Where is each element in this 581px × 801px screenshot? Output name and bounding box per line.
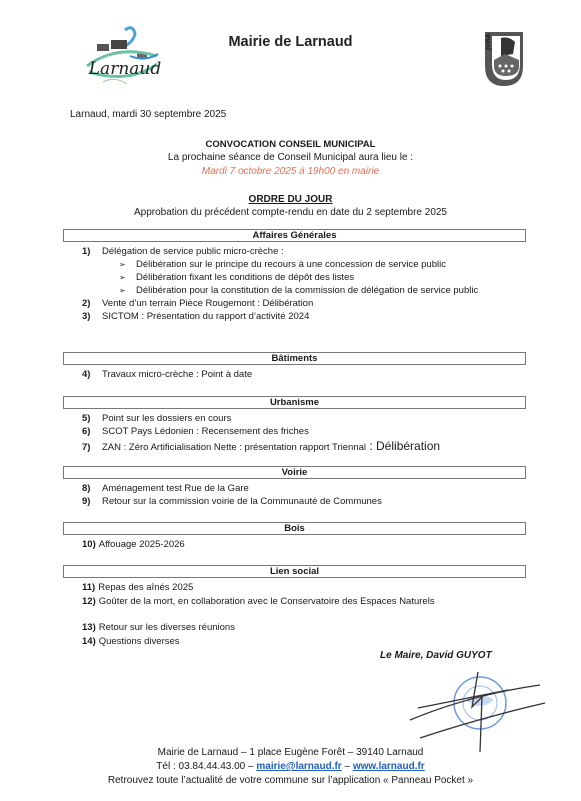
arrow-bullet-icon: ➢ — [119, 286, 136, 295]
item-number: 5) — [82, 413, 102, 424]
item-number: 10) — [82, 539, 96, 550]
section-heading-lien-social: Lien social — [63, 565, 526, 578]
approval-line: Approbation du précédent compte-rendu en… — [0, 207, 581, 218]
item-text: SCOT Pays Lédonien : Recensement des fri… — [102, 426, 309, 437]
item-number: 2) — [82, 298, 102, 309]
agenda-item: 5)Point sur les dossiers en cours — [82, 413, 231, 424]
item-number: 4) — [82, 369, 102, 380]
item-text: SICTOM : Présentation du rapport d’activ… — [102, 311, 309, 322]
arrow-bullet-icon: ➢ — [119, 273, 136, 282]
agenda-item: 12)Goûter de la mort, en collaboration a… — [82, 596, 435, 607]
agenda-item: 9)Retour sur la commission voirie de la … — [82, 496, 382, 507]
section-heading-batiments: Bâtiments — [63, 352, 526, 365]
svg-text:JURA: JURA — [485, 33, 492, 51]
larnaud-logo: Larnaud — [75, 22, 175, 92]
item-text: Point sur les dossiers en cours — [102, 413, 231, 424]
website-link[interactable]: www.larnaud.fr — [353, 761, 425, 772]
item-text: Goûter de la mort, en collaboration avec… — [99, 596, 435, 607]
sub-item: ➢Délibération fixant les conditions de d… — [119, 272, 354, 283]
agenda-item: 7)ZAN : Zéro Artificialisation Nette : p… — [82, 439, 440, 453]
agenda-title: ORDRE DU JOUR — [0, 194, 581, 205]
item-number: 8) — [82, 483, 102, 494]
agenda-item: 4)Travaux micro-crèche : Point à date — [82, 369, 252, 380]
section-heading-bois: Bois — [63, 522, 526, 535]
item-text: Repas des aînés 2025 — [98, 582, 193, 593]
footer-phone: Tél : 03.84.44.43.00 – — [156, 761, 256, 772]
item-number: 14) — [82, 636, 96, 647]
item-text: Délégation de service public micro-crèch… — [102, 246, 284, 257]
item-text: Questions diverses — [99, 636, 180, 647]
agenda-item: 1)Délégation de service public micro-crè… — [82, 246, 284, 257]
sub-item-text: Délibération sur le principe du recours … — [136, 259, 446, 270]
jura-coat-of-arms-icon: JURA — [483, 30, 525, 88]
convocation-title: CONVOCATION CONSEIL MUNICIPAL — [0, 139, 581, 150]
item-text: Travaux micro-crèche : Point à date — [102, 369, 252, 380]
item-number: 9) — [82, 496, 102, 507]
agenda-item: 13)Retour sur les diverses réunions — [82, 622, 235, 633]
convocation-subtitle: La prochaine séance de Conseil Municipal… — [0, 152, 581, 163]
item-number: 13) — [82, 622, 96, 633]
item-suffix: : Délibération — [366, 439, 440, 453]
agenda-item: 11)Repas des aînés 2025 — [82, 582, 193, 593]
meeting-datetime: Mardi 7 octobre 2025 à 19h00 en mairie — [0, 166, 581, 177]
item-number: 11) — [82, 582, 95, 593]
agenda-item: 8)Aménagement test Rue de la Gare — [82, 483, 249, 494]
item-number: 6) — [82, 426, 102, 437]
item-text: Retour sur la commission voirie de la Co… — [102, 496, 382, 507]
footer-address: Mairie de Larnaud – 1 place Eugène Forêt… — [0, 747, 581, 758]
footer-contact: Tél : 03.84.44.43.00 – mairie@larnaud.fr… — [0, 761, 581, 772]
section-heading-urbanisme: Urbanisme — [63, 396, 526, 409]
item-number: 3) — [82, 311, 102, 322]
item-number: 7) — [82, 442, 102, 453]
item-number: 12) — [82, 596, 96, 607]
sub-item-text: Délibération fixant les conditions de dé… — [136, 272, 354, 283]
section-heading-affaires-generales: Affaires Générales — [63, 229, 526, 242]
item-text: Retour sur les diverses réunions — [99, 622, 235, 633]
agenda-item: 2)Vente d’un terrain Pièce Rougemont : D… — [82, 298, 313, 309]
svg-text:Larnaud: Larnaud — [88, 59, 162, 79]
agenda-item: 3)SICTOM : Présentation du rapport d’act… — [82, 311, 309, 322]
agenda-item: 10)Affouage 2025-2026 — [82, 539, 185, 550]
date-line: Larnaud, mardi 30 septembre 2025 — [70, 109, 226, 120]
sub-item: ➢Délibération sur le principe du recours… — [119, 259, 446, 270]
agenda-item: 14)Questions diverses — [82, 636, 180, 647]
item-text: Affouage 2025-2026 — [99, 539, 185, 550]
sub-item-text: Délibération pour la constitution de la … — [136, 285, 478, 296]
footer-app-line: Retrouvez toute l’actualité de votre com… — [0, 775, 581, 786]
item-text: ZAN : Zéro Artificialisation Nette : pré… — [102, 442, 366, 453]
separator: – — [342, 761, 353, 772]
agenda-item: 6)SCOT Pays Lédonien : Recensement des f… — [82, 426, 309, 437]
section-heading-voirie: Voirie — [63, 466, 526, 479]
item-text: Aménagement test Rue de la Gare — [102, 483, 249, 494]
signature-stamp-icon — [400, 660, 550, 755]
item-text: Vente d’un terrain Pièce Rougemont : Dél… — [102, 298, 313, 309]
sub-item: ➢Délibération pour la constitution de la… — [119, 285, 478, 296]
email-link[interactable]: mairie@larnaud.fr — [256, 761, 341, 772]
arrow-bullet-icon: ➢ — [119, 260, 136, 269]
item-number: 1) — [82, 246, 102, 257]
